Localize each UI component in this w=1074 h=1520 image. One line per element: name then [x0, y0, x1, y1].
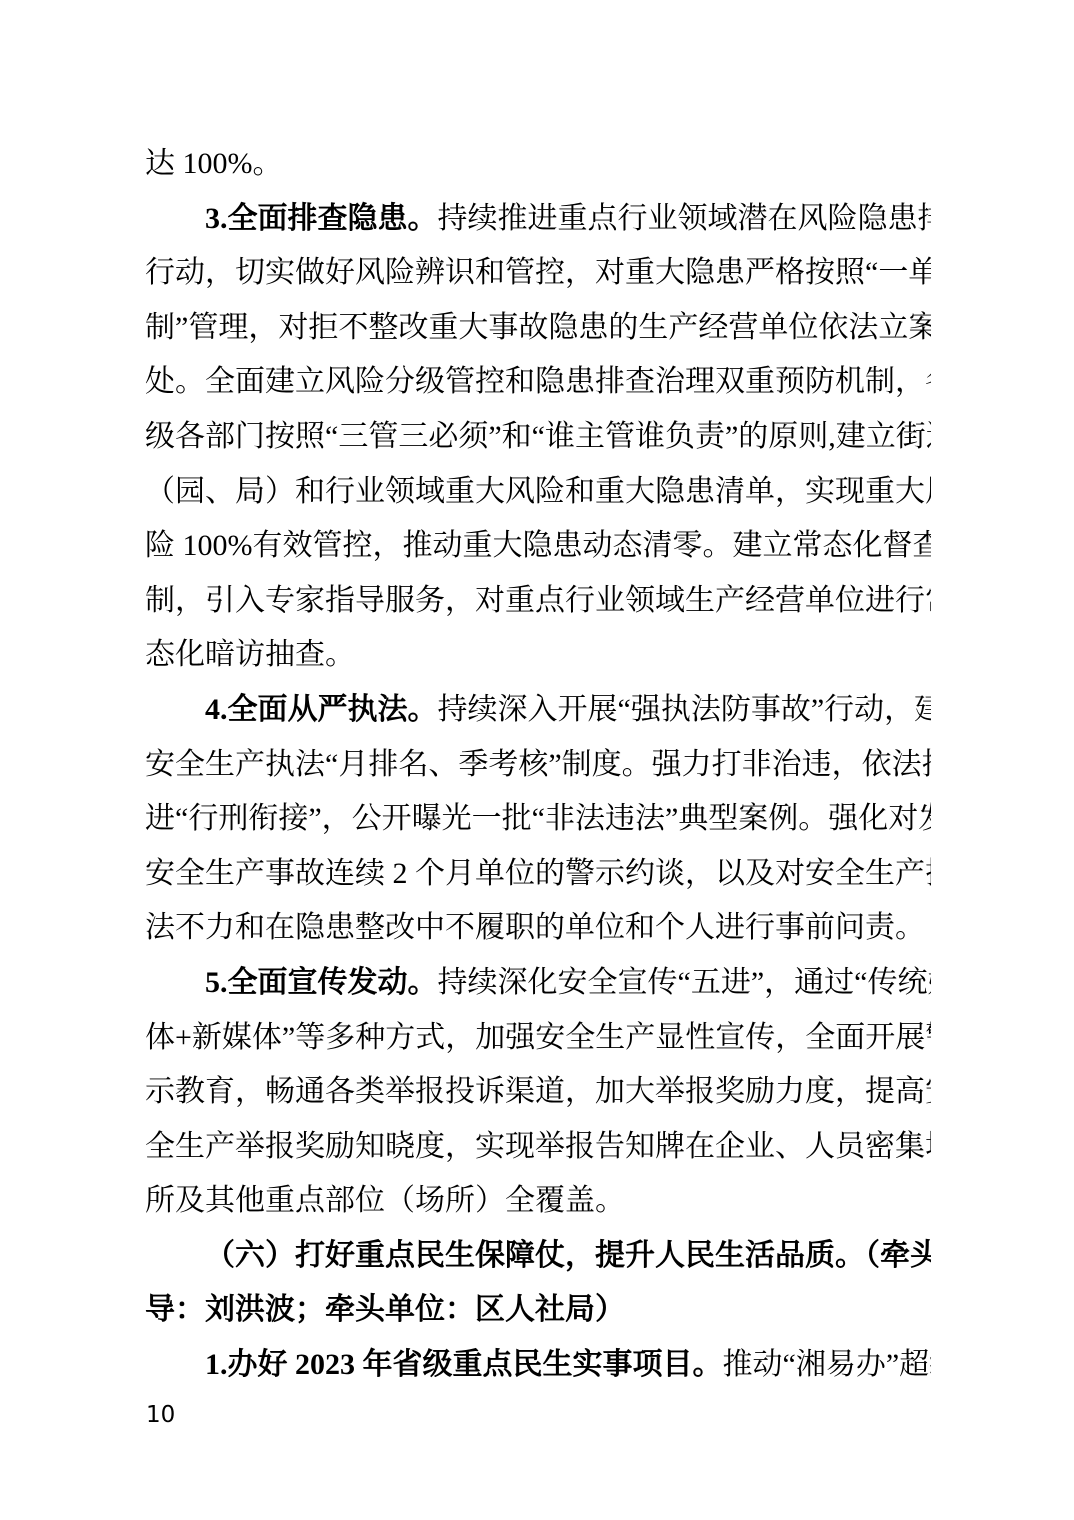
text-line: 行动，切实做好风险辨识和管控，对重大隐患严格按照“一单四 — [145, 246, 931, 301]
text-line: 5.全面宣传发动。持续深化安全宣传“五进”，通过“传统媒 — [145, 956, 931, 1011]
text-line: 安全生产事故连续 2 个月单位的警示约谈，以及对安全生产执 — [145, 847, 931, 902]
text-line: 安全生产执法“月排名、季考核”制度。强力打非治违，依法推 — [145, 738, 931, 793]
text-run: 处。全面建立风险分级管控和隐患排查治理双重预防机制，各 — [145, 365, 931, 398]
bold-run: 导：刘洪波；牵头单位：区人社局） — [145, 1293, 625, 1326]
text-run: 持续深化安全宣传“五进”，通过“传统媒 — [438, 966, 932, 999]
text-line: 制，引入专家指导服务，对重点行业领域生产经营单位进行常 — [145, 574, 931, 629]
text-run: （园、局）和行业领域重大风险和重大隐患清单，实现重大风 — [145, 475, 931, 508]
text-run: 推动“湘易办”超级 — [723, 1348, 932, 1381]
text-run: 进“行刑衔接”，公开曝光一批“非法违法”典型案例。强化对发生 — [145, 802, 931, 835]
text-run: 体+新媒体”等多种方式，加强安全生产显性宣传，全面开展警 — [145, 1021, 931, 1054]
text-line: 全生产举报奖励知晓度，实现举报告知牌在企业、人员密集场 — [145, 1120, 931, 1175]
text-run: 全生产举报奖励知晓度，实现举报告知牌在企业、人员密集场 — [145, 1130, 931, 1163]
text-line: 法不力和在隐患整改中不履职的单位和个人进行事前问责。 — [145, 901, 931, 956]
text-run: 安全生产执法“月排名、季考核”制度。强力打非治违，依法推 — [145, 748, 931, 781]
text-run: 示教育，畅通各类举报投诉渠道，加大举报奖励力度，提高安 — [145, 1075, 931, 1108]
text-line: 体+新媒体”等多种方式，加强安全生产显性宣传，全面开展警 — [145, 1011, 931, 1066]
text-line: 险 100%有效管控，推动重大隐患动态清零。建立常态化督查机 — [145, 519, 931, 574]
text-run: 行动，切实做好风险辨识和管控，对重大隐患严格按照“一单四 — [145, 256, 931, 289]
text-run: 持续深入开展“强执法防事故”行动，建立 — [438, 693, 932, 726]
text-line: （园、局）和行业领域重大风险和重大隐患清单，实现重大风 — [145, 465, 931, 520]
text-run: 制，引入专家指导服务，对重点行业领域生产经营单位进行常 — [145, 584, 931, 617]
bold-run: （六）打好重点民生保障仗，提升人民生活品质。（牵头领 — [205, 1239, 931, 1272]
text-line: 导：刘洪波；牵头单位：区人社局） — [145, 1283, 931, 1338]
text-run: 安全生产事故连续 2 个月单位的警示约谈，以及对安全生产执 — [145, 857, 931, 890]
text-run: 险 100%有效管控，推动重大隐患动态清零。建立常态化督查机 — [145, 529, 931, 562]
text-run: 级各部门按照“三管三必须”和“谁主管谁负责”的原则,建立街道 — [145, 420, 931, 453]
text-line: 级各部门按照“三管三必须”和“谁主管谁负责”的原则,建立街道 — [145, 410, 931, 465]
bold-run: 5.全面宣传发动。 — [205, 966, 438, 999]
text-line: 所及其他重点部位（场所）全覆盖。 — [145, 1174, 931, 1229]
text-line: 制”管理，对拒不整改重大事故隐患的生产经营单位依法立案查 — [145, 301, 931, 356]
text-run: 态化暗访抽查。 — [145, 638, 355, 671]
text-line: （六）打好重点民生保障仗，提升人民生活品质。（牵头领 — [145, 1229, 931, 1284]
paragraph-continuation: 达 100%。 — [145, 137, 931, 192]
paragraph-item-5: 5.全面宣传发动。持续深化安全宣传“五进”，通过“传统媒 体+新媒体”等多种方式… — [145, 956, 931, 1229]
paragraph-item-3: 3.全面排查隐患。持续推进重点行业领域潜在风险隐患排查 行动，切实做好风险辨识和… — [145, 192, 931, 683]
document-body: 达 100%。 3.全面排查隐患。持续推进重点行业领域潜在风险隐患排查 行动，切… — [145, 137, 931, 1393]
document-page: 达 100%。 3.全面排查隐患。持续推进重点行业领域潜在风险隐患排查 行动，切… — [0, 0, 1074, 1520]
text-run: 持续推进重点行业领域潜在风险隐患排查 — [438, 202, 932, 235]
text-run: 制”管理，对拒不整改重大事故隐患的生产经营单位依法立案查 — [145, 311, 931, 344]
text-line: 达 100%。 — [145, 137, 931, 192]
paragraph-item-4: 4.全面从严执法。持续深入开展“强执法防事故”行动，建立 安全生产执法“月排名、… — [145, 683, 931, 956]
section-heading-6: （六）打好重点民生保障仗，提升人民生活品质。（牵头领 导：刘洪波；牵头单位：区人… — [145, 1229, 931, 1338]
text-run: 法不力和在隐患整改中不履职的单位和个人进行事前问责。 — [145, 911, 925, 944]
text-line: 4.全面从严执法。持续深入开展“强执法防事故”行动，建立 — [145, 683, 931, 738]
bold-run: 3.全面排查隐患。 — [205, 202, 438, 235]
text-run: 达 100%。 — [145, 147, 283, 180]
text-line: 进“行刑衔接”，公开曝光一批“非法违法”典型案例。强化对发生 — [145, 792, 931, 847]
text-line: 3.全面排查隐患。持续推进重点行业领域潜在风险隐患排查 — [145, 192, 931, 247]
page-number: 10 — [146, 1400, 175, 1430]
text-line: 示教育，畅通各类举报投诉渠道，加大举报奖励力度，提高安 — [145, 1065, 931, 1120]
text-line: 态化暗访抽查。 — [145, 628, 931, 683]
paragraph-item-1: 1.办好 2023 年省级重点民生实事项目。推动“湘易办”超级 — [145, 1338, 931, 1393]
bold-run: 1.办好 2023 年省级重点民生实事项目。 — [205, 1348, 723, 1381]
text-run: 所及其他重点部位（场所）全覆盖。 — [145, 1184, 625, 1217]
text-line: 1.办好 2023 年省级重点民生实事项目。推动“湘易办”超级 — [145, 1338, 931, 1393]
text-line: 处。全面建立风险分级管控和隐患排查治理双重预防机制，各 — [145, 355, 931, 410]
bold-run: 4.全面从严执法。 — [205, 693, 438, 726]
